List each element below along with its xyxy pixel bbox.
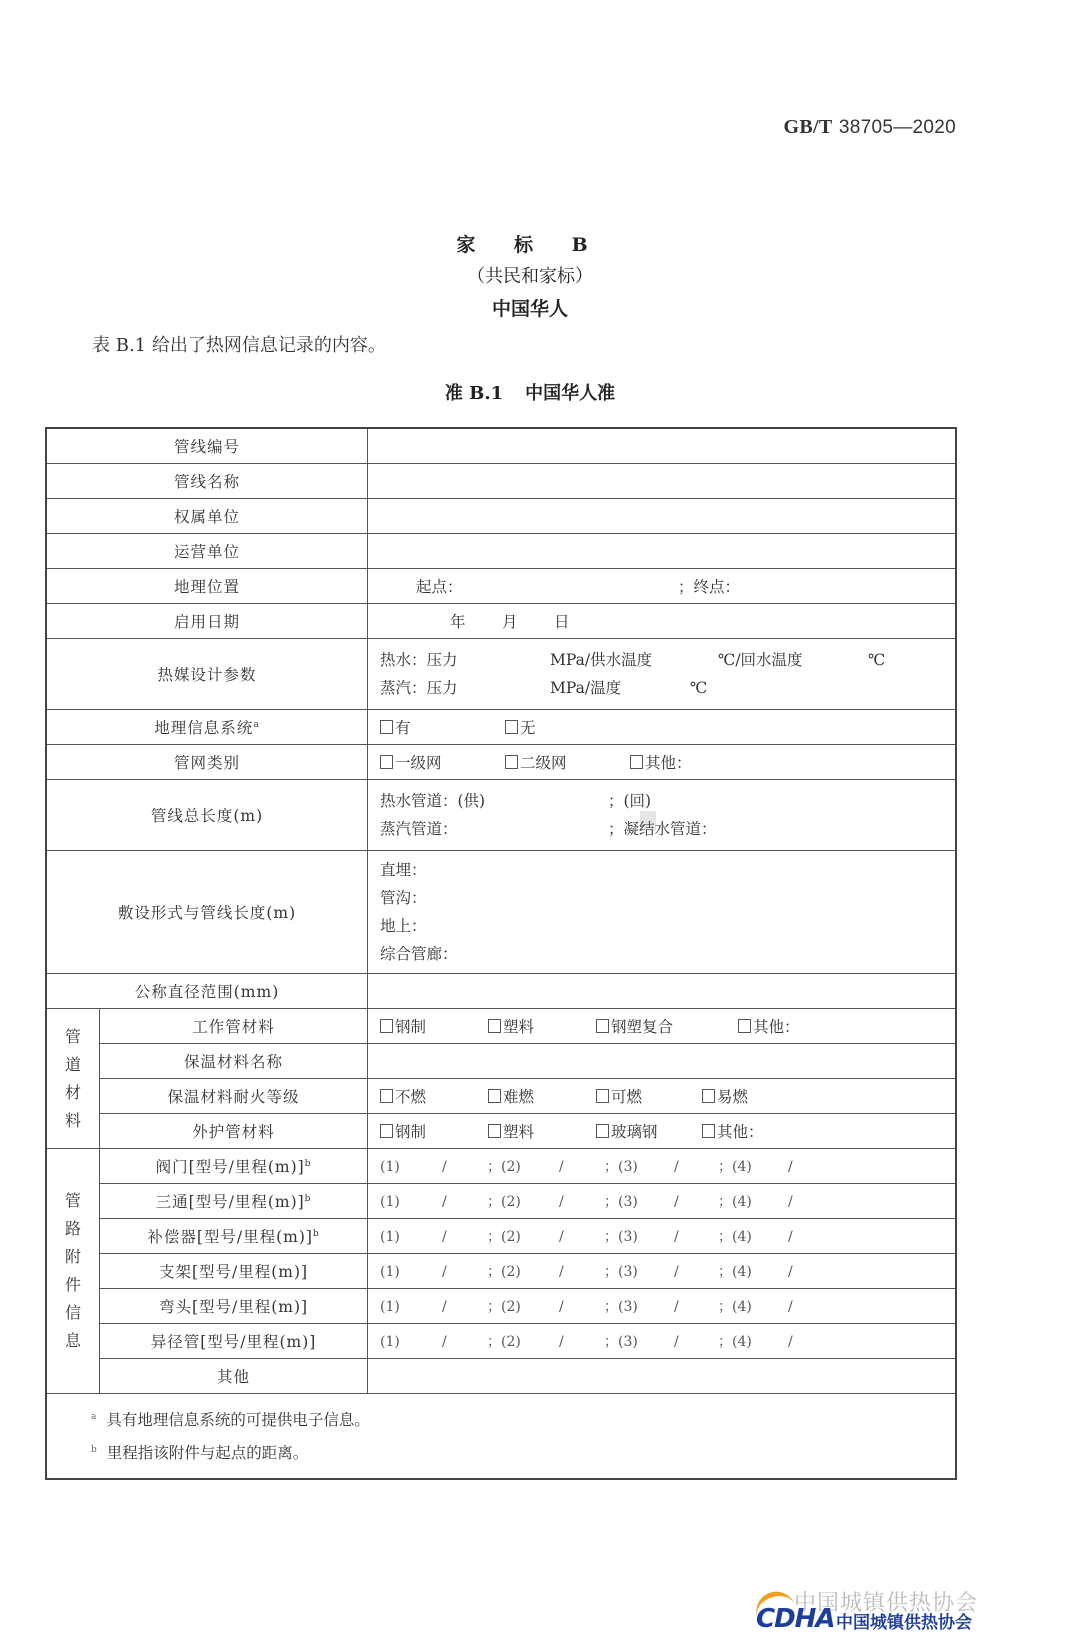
checkbox-icon[interactable] bbox=[702, 1124, 715, 1138]
hot-water-supply-label: 热水管道：(供) bbox=[380, 787, 608, 815]
slot-sep: / bbox=[559, 1194, 604, 1210]
slot-label: ；(4) bbox=[718, 1296, 788, 1316]
option-label: 其他： bbox=[717, 1123, 764, 1141]
table-row: 管线总长度(m) 热水管道：(供)；(回) 蒸汽管道：；凝结水管道： bbox=[46, 780, 956, 851]
valve-entries-field[interactable]: (1)/；(2)/；(3)/；(4)/ bbox=[368, 1149, 957, 1184]
row-label: 权属单位 bbox=[46, 499, 368, 534]
footnote-text: 里程指该附件与起点的距离。 bbox=[107, 1444, 309, 1462]
checkbox-icon[interactable] bbox=[596, 1089, 609, 1103]
gis-no-option[interactable]: 无 bbox=[505, 716, 536, 738]
elbow-entries-field[interactable]: (1)/；(2)/；(3)/；(4)/ bbox=[368, 1289, 957, 1324]
slot-label: ；(2) bbox=[487, 1261, 559, 1281]
slot-label: ；(3) bbox=[604, 1226, 674, 1246]
checkbox-icon[interactable] bbox=[702, 1089, 715, 1103]
steel-option[interactable]: 钢制 bbox=[380, 1120, 488, 1142]
option-label: 易燃 bbox=[717, 1088, 748, 1106]
table-row: 保温材料耐火等级 不燃难燃可燃易燃 bbox=[46, 1079, 956, 1114]
slot-label: (1) bbox=[380, 1264, 442, 1280]
other-network-option[interactable]: 其他： bbox=[630, 751, 692, 773]
slot-sep: / bbox=[442, 1229, 487, 1245]
table-row: 三通[型号/里程(m)]b (1)/；(2)/；(3)/；(4)/ bbox=[46, 1184, 956, 1219]
trench-label: 管沟： bbox=[380, 884, 955, 912]
row-label: 异径管[型号/里程(m)] bbox=[100, 1324, 368, 1359]
group-char: 材 bbox=[47, 1079, 99, 1107]
intro-text: 表 B.1 给出了热网信息记录的内容。 bbox=[92, 331, 386, 357]
row-label: 补偿器[型号/里程(m)]b bbox=[100, 1219, 368, 1254]
other-option[interactable]: 其他： bbox=[702, 1120, 764, 1142]
checkbox-icon[interactable] bbox=[488, 1089, 501, 1103]
table-row: 其他 bbox=[46, 1359, 956, 1394]
option-label: 有 bbox=[395, 719, 411, 737]
slot-sep: / bbox=[442, 1194, 487, 1210]
option-label: 钢制 bbox=[395, 1018, 426, 1036]
appendix-subtitle: （共民和家标） bbox=[0, 262, 1060, 288]
row-label: 热媒设计参数 bbox=[46, 639, 368, 710]
row-label: 公称直径范围(mm) bbox=[46, 974, 368, 1009]
option-label: 其他： bbox=[753, 1018, 800, 1036]
slot-sep: / bbox=[788, 1194, 793, 1210]
footnote-mark: b bbox=[305, 1194, 312, 1204]
group-char: 路 bbox=[47, 1215, 99, 1243]
footnotes-row: a具有地理信息系统的可提供电子信息。 b里程指该附件与起点的距离。 bbox=[46, 1394, 956, 1480]
celsius-label: ℃ bbox=[868, 651, 885, 669]
table-row: 权属单位 bbox=[46, 499, 956, 534]
table-row: 启用日期 年月日 bbox=[46, 604, 956, 639]
option-label: 塑料 bbox=[503, 1123, 534, 1141]
steel-option[interactable]: 钢制 bbox=[380, 1015, 488, 1037]
row-label: 地理位置 bbox=[46, 569, 368, 604]
option-label: 钢制 bbox=[395, 1123, 426, 1141]
group-char: 件 bbox=[47, 1271, 99, 1299]
footnote-mark: a bbox=[91, 1412, 96, 1422]
other-accessories-field[interactable] bbox=[368, 1359, 957, 1394]
row-label: 支架[型号/里程(m)] bbox=[100, 1254, 368, 1289]
option-label: 难燃 bbox=[503, 1088, 534, 1106]
steam-pipe-label: 蒸汽管道： bbox=[380, 815, 608, 843]
row-label: 阀门[型号/里程(m)]b bbox=[100, 1149, 368, 1184]
slot-label: ；(4) bbox=[718, 1191, 788, 1211]
logo-name: 中国城镇供热协会 bbox=[836, 1608, 972, 1633]
table-row: 保温材料名称 bbox=[46, 1044, 956, 1079]
slot-label: ；(2) bbox=[487, 1226, 559, 1246]
row-label: 工作管材料 bbox=[100, 1009, 368, 1044]
insulation-name-field[interactable] bbox=[368, 1044, 957, 1079]
slot-sep: / bbox=[788, 1159, 793, 1175]
location-field[interactable]: 起点：；终点： bbox=[368, 569, 957, 604]
fire-rating-options: 不燃难燃可燃易燃 bbox=[368, 1079, 957, 1114]
group-char: 息 bbox=[47, 1327, 99, 1355]
option-label: 不燃 bbox=[395, 1088, 426, 1106]
steam-temp-label: MPa/温度 bbox=[550, 674, 690, 702]
heat-medium-params-field[interactable]: 热水：压力MPa/供水温度℃/回水温度℃ 蒸汽：压力MPa/温度℃ bbox=[368, 639, 957, 710]
group-char: 附 bbox=[47, 1243, 99, 1271]
row-label: 地理信息系统a bbox=[46, 710, 368, 745]
slot-label: ；(3) bbox=[604, 1261, 674, 1281]
row-label: 三通[型号/里程(m)]b bbox=[100, 1184, 368, 1219]
plastic-option[interactable]: 塑料 bbox=[488, 1120, 596, 1142]
group-char: 信 bbox=[47, 1299, 99, 1327]
row-label: 启用日期 bbox=[46, 604, 368, 639]
month-label: 月 bbox=[502, 610, 554, 632]
footnotes: a具有地理信息系统的可提供电子信息。 b里程指该附件与起点的距离。 bbox=[46, 1394, 956, 1480]
option-label: 无 bbox=[520, 719, 536, 737]
table-row: 公称直径范围(mm) bbox=[46, 974, 956, 1009]
combustible-option[interactable]: 可燃 bbox=[596, 1085, 702, 1107]
slot-label: ；(2) bbox=[487, 1156, 559, 1176]
slot-label: ；(4) bbox=[718, 1331, 788, 1351]
row-label: 敷设形式与管线长度(m) bbox=[46, 851, 368, 974]
pipe-material-group-label: 管 道 材 料 bbox=[46, 1009, 100, 1149]
checkbox-icon[interactable] bbox=[488, 1019, 501, 1033]
table-row: 管 路 附 件 信 息 阀门[型号/里程(m)]b (1)/；(2)/；(3)/… bbox=[46, 1149, 956, 1184]
table-row: 地理信息系统a 有无 bbox=[46, 710, 956, 745]
checkbox-icon[interactable] bbox=[488, 1124, 501, 1138]
checkbox-icon[interactable] bbox=[505, 755, 518, 769]
checkbox-icon[interactable] bbox=[380, 1019, 393, 1033]
option-label: 塑料 bbox=[503, 1018, 534, 1036]
table-row: 管线名称 bbox=[46, 464, 956, 499]
table-row: 管网类别 一级网二级网其他： bbox=[46, 745, 956, 780]
slot-sep: / bbox=[442, 1334, 487, 1350]
group-char: 管 bbox=[47, 1023, 99, 1051]
end-point-label: ；终点： bbox=[678, 578, 740, 596]
other-option[interactable]: 其他： bbox=[738, 1015, 800, 1037]
primary-network-option[interactable]: 一级网 bbox=[380, 751, 505, 773]
work-pipe-material-options: 钢制塑料钢塑复合其他： bbox=[368, 1009, 957, 1044]
gis-label: 地理信息系统 bbox=[154, 719, 253, 737]
group-char: 管 bbox=[47, 1187, 99, 1215]
row-label: 运营单位 bbox=[46, 534, 368, 569]
table-row: 补偿器[型号/里程(m)]b (1)/；(2)/；(3)/；(4)/ bbox=[46, 1219, 956, 1254]
checkbox-icon[interactable] bbox=[380, 1089, 393, 1103]
table-row: 运营单位 bbox=[46, 534, 956, 569]
slot-label: (1) bbox=[380, 1194, 442, 1210]
group-char: 料 bbox=[47, 1107, 99, 1135]
slot-label: ；(4) bbox=[718, 1156, 788, 1176]
tee-entries-field[interactable]: (1)/；(2)/；(3)/；(4)/ bbox=[368, 1184, 957, 1219]
year-label: 年 bbox=[450, 610, 502, 632]
slot-sep: / bbox=[559, 1229, 604, 1245]
slot-sep: / bbox=[674, 1299, 718, 1315]
gis-options: 有无 bbox=[368, 710, 957, 745]
row-label: 外护管材料 bbox=[100, 1114, 368, 1149]
above-ground-label: 地上： bbox=[380, 912, 955, 940]
slot-label: ；(3) bbox=[604, 1296, 674, 1316]
table-row: 管线编号 bbox=[46, 428, 956, 464]
condensate-pipe-label: ；凝结水管道： bbox=[608, 820, 717, 838]
table-row: 外护管材料 钢制塑料玻璃钢其他： bbox=[46, 1114, 956, 1149]
compensator-entries-field[interactable]: (1)/；(2)/；(3)/；(4)/ bbox=[368, 1219, 957, 1254]
checkbox-icon[interactable] bbox=[505, 720, 518, 734]
start-date-field[interactable]: 年月日 bbox=[368, 604, 957, 639]
slot-sep: / bbox=[674, 1194, 718, 1210]
slot-sep: / bbox=[559, 1159, 604, 1175]
supply-temp-label: MPa/供水温度 bbox=[550, 646, 718, 674]
slot-sep: / bbox=[559, 1264, 604, 1280]
flammable-option[interactable]: 易燃 bbox=[702, 1085, 748, 1107]
option-label: 其他： bbox=[645, 754, 692, 772]
table-row: 敷设形式与管线长度(m) 直埋： 管沟： 地上： 综合管廊： bbox=[46, 851, 956, 974]
association-logo: 中国城镇供热协会 CDHA 中国城镇供热协会 bbox=[752, 1598, 1012, 1636]
compensator-label: 补偿器[型号/里程(m)] bbox=[147, 1228, 313, 1246]
slot-sep: / bbox=[674, 1334, 718, 1350]
footnote-mark: b bbox=[305, 1159, 312, 1169]
utility-tunnel-label: 综合管廊： bbox=[380, 940, 955, 968]
slot-label: ；(2) bbox=[487, 1331, 559, 1351]
footnote-text: 具有地理信息系统的可提供电子信息。 bbox=[106, 1411, 370, 1429]
row-label: 管网类别 bbox=[46, 745, 368, 780]
row-label: 管线总长度(m) bbox=[46, 780, 368, 851]
slot-label: (1) bbox=[380, 1229, 442, 1245]
slot-label: ；(3) bbox=[604, 1331, 674, 1351]
checkbox-icon[interactable] bbox=[596, 1019, 609, 1033]
standard-code: GB/T 38705—2020 bbox=[784, 116, 956, 139]
slot-label: (1) bbox=[380, 1299, 442, 1315]
slot-sep: / bbox=[559, 1299, 604, 1315]
non-combustible-option[interactable]: 不燃 bbox=[380, 1085, 488, 1107]
option-label: 钢塑复合 bbox=[611, 1018, 673, 1036]
slot-sep: / bbox=[442, 1264, 487, 1280]
standard-prefix: GB/T bbox=[784, 116, 833, 138]
slot-label: ；(3) bbox=[604, 1191, 674, 1211]
footnote-a: a具有地理信息系统的可提供电子信息。 bbox=[91, 1402, 955, 1435]
accessories-group-label: 管 路 附 件 信 息 bbox=[46, 1149, 100, 1394]
operator-unit-field[interactable] bbox=[368, 534, 957, 569]
return-temp-label: ℃/回水温度 bbox=[718, 646, 868, 674]
start-point-label: 起点： bbox=[416, 575, 678, 597]
table-row: 弯头[型号/里程(m)] (1)/；(2)/；(3)/；(4)/ bbox=[46, 1289, 956, 1324]
row-label: 保温材料名称 bbox=[100, 1044, 368, 1079]
reducer-entries-field[interactable]: (1)/；(2)/；(3)/；(4)/ bbox=[368, 1324, 957, 1359]
slot-sep: / bbox=[788, 1229, 793, 1245]
tee-label: 三通[型号/里程(m)] bbox=[156, 1193, 305, 1211]
slot-sep: / bbox=[559, 1334, 604, 1350]
logo-abbr: CDHA bbox=[756, 1604, 835, 1634]
secondary-network-option[interactable]: 二级网 bbox=[505, 751, 630, 773]
heat-network-info-table: 管线编号 管线名称 权属单位 运营单位 地理位置 起点：；终点： 启用日期 年月… bbox=[45, 427, 957, 1480]
row-label: 管线编号 bbox=[46, 428, 368, 464]
checkbox-icon[interactable] bbox=[630, 755, 643, 769]
checkbox-icon[interactable] bbox=[738, 1019, 751, 1033]
checkbox-icon[interactable] bbox=[380, 1124, 393, 1138]
pipeline-name-field[interactable] bbox=[368, 464, 957, 499]
support-entries-field[interactable]: (1)/；(2)/；(3)/；(4)/ bbox=[368, 1254, 957, 1289]
option-label: 可燃 bbox=[611, 1088, 642, 1106]
owner-unit-field[interactable] bbox=[368, 499, 957, 534]
row-label: 弯头[型号/里程(m)] bbox=[100, 1289, 368, 1324]
slot-sep: / bbox=[674, 1264, 718, 1280]
table-row: 地理位置 起点：；终点： bbox=[46, 569, 956, 604]
slot-sep: / bbox=[788, 1264, 793, 1280]
checkbox-icon[interactable] bbox=[380, 720, 393, 734]
hot-water-pressure-label: 热水：压力 bbox=[380, 646, 550, 674]
frp-option[interactable]: 玻璃钢 bbox=[596, 1120, 702, 1142]
slot-label: ；(2) bbox=[487, 1296, 559, 1316]
steam-pressure-label: 蒸汽：压力 bbox=[380, 674, 550, 702]
table-title: 准 B.1中国华人准 bbox=[0, 379, 1060, 405]
row-label: 其他 bbox=[100, 1359, 368, 1394]
slot-label: ；(4) bbox=[718, 1226, 788, 1246]
table-row: 支架[型号/里程(m)] (1)/；(2)/；(3)/；(4)/ bbox=[46, 1254, 956, 1289]
appendix-name: 中国华人 bbox=[0, 294, 1060, 321]
hot-water-return-label: ；(回) bbox=[608, 792, 651, 810]
slot-sep: / bbox=[674, 1229, 718, 1245]
laying-form-field[interactable]: 直埋： 管沟： 地上： 综合管廊： bbox=[368, 851, 957, 974]
table-title-name: 中国华人准 bbox=[525, 383, 615, 404]
slot-sep: / bbox=[788, 1334, 793, 1350]
total-length-field[interactable]: 热水管道：(供)；(回) 蒸汽管道：；凝结水管道： bbox=[368, 780, 957, 851]
network-type-options: 一级网二级网其他： bbox=[368, 745, 957, 780]
pipeline-number-field[interactable] bbox=[368, 428, 957, 464]
steel-plastic-composite-option[interactable]: 钢塑复合 bbox=[596, 1015, 738, 1037]
row-label: 保温材料耐火等级 bbox=[100, 1079, 368, 1114]
day-label: 日 bbox=[554, 613, 570, 631]
slot-label: (1) bbox=[380, 1334, 442, 1350]
plastic-option[interactable]: 塑料 bbox=[488, 1015, 596, 1037]
footnote-mark: b bbox=[91, 1445, 97, 1455]
slot-sep: / bbox=[442, 1299, 487, 1315]
group-char: 道 bbox=[47, 1051, 99, 1079]
table-title-prefix: 准 B.1 bbox=[445, 383, 503, 404]
celsius-label: ℃ bbox=[690, 679, 707, 697]
direct-buried-label: 直埋： bbox=[380, 856, 955, 884]
slot-label: ；(4) bbox=[718, 1261, 788, 1281]
table-row: 热媒设计参数 热水：压力MPa/供水温度℃/回水温度℃ 蒸汽：压力MPa/温度℃ bbox=[46, 639, 956, 710]
slot-sep: / bbox=[674, 1159, 718, 1175]
valve-label: 阀门[型号/里程(m)] bbox=[156, 1158, 305, 1176]
standard-number: 38705—2020 bbox=[839, 117, 956, 138]
footnote-mark: a bbox=[253, 720, 259, 730]
jacket-material-options: 钢制塑料玻璃钢其他： bbox=[368, 1114, 957, 1149]
gis-yes-option[interactable]: 有 bbox=[380, 716, 505, 738]
checkbox-icon[interactable] bbox=[596, 1124, 609, 1138]
option-label: 玻璃钢 bbox=[611, 1123, 658, 1141]
nominal-diameter-field[interactable] bbox=[368, 974, 957, 1009]
table-row: 异径管[型号/里程(m)] (1)/；(2)/；(3)/；(4)/ bbox=[46, 1324, 956, 1359]
slot-label: ；(2) bbox=[487, 1191, 559, 1211]
appendix-title: 家 标 B bbox=[0, 230, 1060, 257]
slot-sep: / bbox=[442, 1159, 487, 1175]
option-label: 二级网 bbox=[520, 754, 567, 772]
footnote-mark: b bbox=[313, 1229, 320, 1239]
slot-label: (1) bbox=[380, 1159, 442, 1175]
checkbox-icon[interactable] bbox=[380, 755, 393, 769]
flame-retardant-option[interactable]: 难燃 bbox=[488, 1085, 596, 1107]
slot-sep: / bbox=[788, 1299, 793, 1315]
slot-label: ；(3) bbox=[604, 1156, 674, 1176]
option-label: 一级网 bbox=[395, 754, 442, 772]
row-label: 管线名称 bbox=[46, 464, 368, 499]
table-row: 管 道 材 料 工作管材料 钢制塑料钢塑复合其他： bbox=[46, 1009, 956, 1044]
footnote-b: b里程指该附件与起点的距离。 bbox=[91, 1435, 955, 1468]
